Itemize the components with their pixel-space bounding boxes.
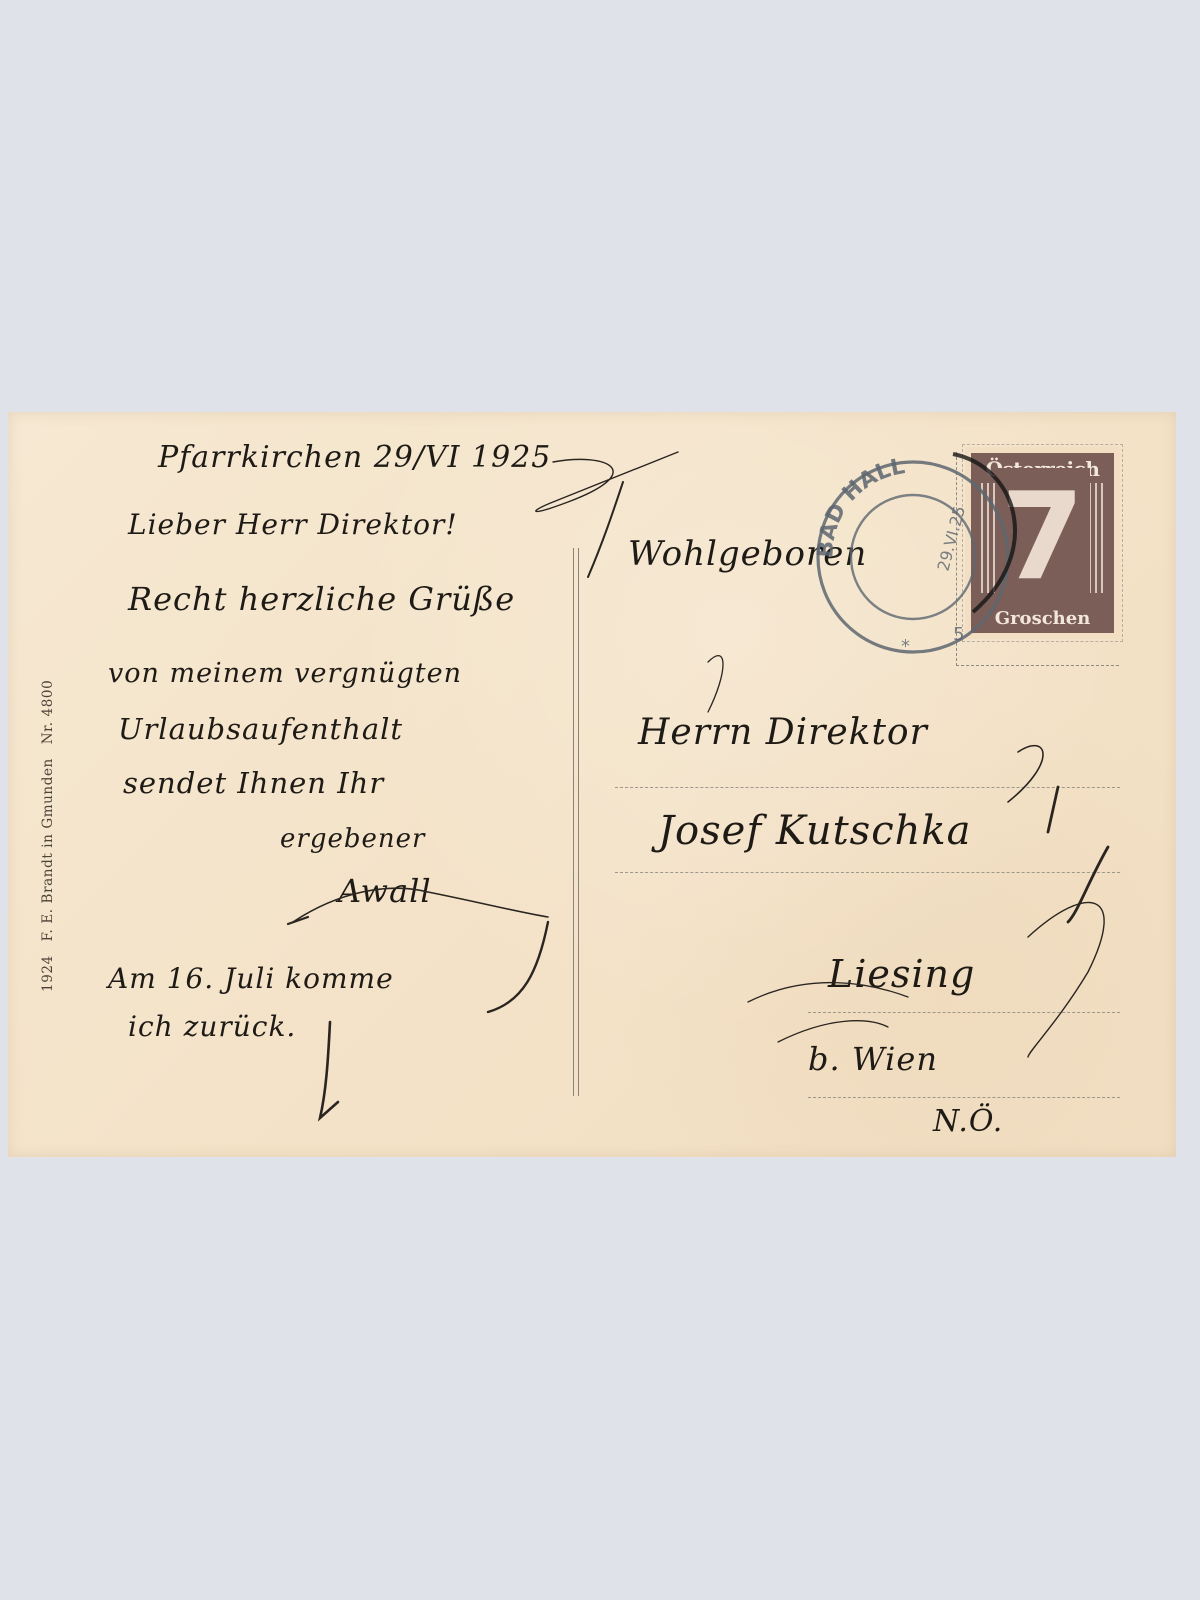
postmark-cancellation: BAD HALL 29.VI.25 5 *	[803, 442, 1023, 662]
postmark-suffix: 5	[953, 624, 964, 645]
svg-text:BAD HALL: BAD HALL	[813, 454, 907, 558]
postmark-town: BAD HALL	[813, 454, 907, 558]
postcard: 1924 F. E. Brandt in Gmunden Nr. 4800 Pf…	[8, 412, 1176, 1157]
postmark-star-icon: *	[901, 636, 910, 657]
postmark-date: 29.VI.25	[934, 504, 970, 573]
